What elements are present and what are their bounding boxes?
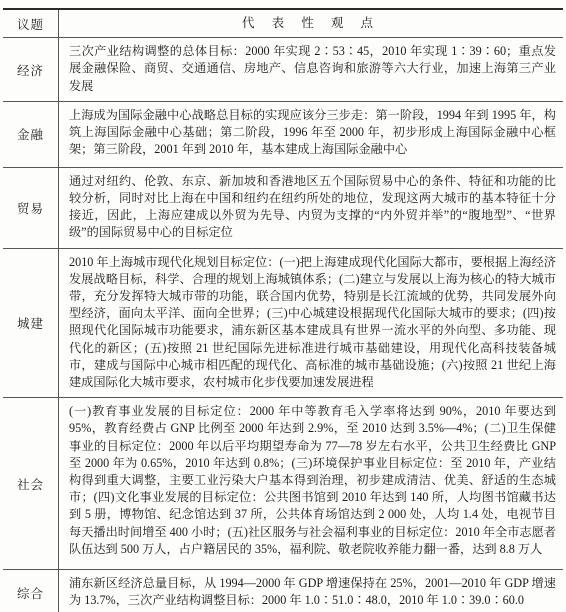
row-viewpoint-text: 三次产业结构调整的总体目标：2000 年实现 2∶53∶45，2010 年实现 … — [59, 38, 563, 101]
document-page: 议题 代 表 性 观 点 经济 三次产业结构调整的总体目标：2000 年实现 2… — [0, 0, 566, 612]
viewpoints-table: 议题 代 表 性 观 点 经济 三次产业结构调整的总体目标：2000 年实现 2… — [3, 8, 563, 612]
table-row-economy: 经济 三次产业结构调整的总体目标：2000 年实现 2∶53∶45，2010 年… — [3, 38, 563, 102]
table-header-row: 议题 代 表 性 观 点 — [3, 10, 563, 38]
table-row-finance: 金融 上海成为国际金融中心战略总目标的实现应该分三步走：第一阶段，1994 年到… — [3, 102, 563, 168]
header-viewpoint-cell: 代 表 性 观 点 — [59, 10, 563, 37]
row-viewpoint-text: 上海成为国际金融中心战略总目标的实现应该分三步走：第一阶段，1994 年到 19… — [59, 102, 563, 167]
row-viewpoint-text: (一)教育事业发展的目标定位：2000 年中等教育毛入学率将达到 90%，201… — [59, 398, 563, 569]
row-topic-label: 贸易 — [3, 168, 59, 248]
row-viewpoint-text: 浦东新区经济总量目标，从 1994—2000 年 GDP 增速保持在 25%，2… — [59, 570, 563, 612]
row-viewpoint-text: 通过对纽约、伦敦、东京、新加坡和香港地区五个国际贸易中心的条件、特征和功能的比较… — [59, 168, 563, 248]
header-topic-cell: 议题 — [3, 10, 59, 37]
table-row-urban-construction: 城建 2010 年上海城市现代化规划目标定位：(一)把上海建成现代化国际大都市，… — [3, 249, 563, 399]
table-row-comprehensive: 综合 浦东新区经济总量目标，从 1994—2000 年 GDP 增速保持在 25… — [3, 570, 563, 612]
table-row-trade: 贸易 通过对纽约、伦敦、东京、新加坡和香港地区五个国际贸易中心的条件、特征和功能… — [3, 168, 563, 249]
row-viewpoint-text: 2010 年上海城市现代化规划目标定位：(一)把上海建成现代化国际大都市，要根据… — [59, 249, 563, 398]
row-topic-label: 社会 — [3, 398, 59, 569]
row-topic-label: 金融 — [3, 102, 59, 167]
row-topic-label: 经济 — [3, 38, 59, 101]
row-topic-label: 城建 — [3, 249, 59, 398]
row-topic-label: 综合 — [3, 570, 59, 612]
table-row-society: 社会 (一)教育事业发展的目标定位：2000 年中等教育毛入学率将达到 90%，… — [3, 398, 563, 570]
